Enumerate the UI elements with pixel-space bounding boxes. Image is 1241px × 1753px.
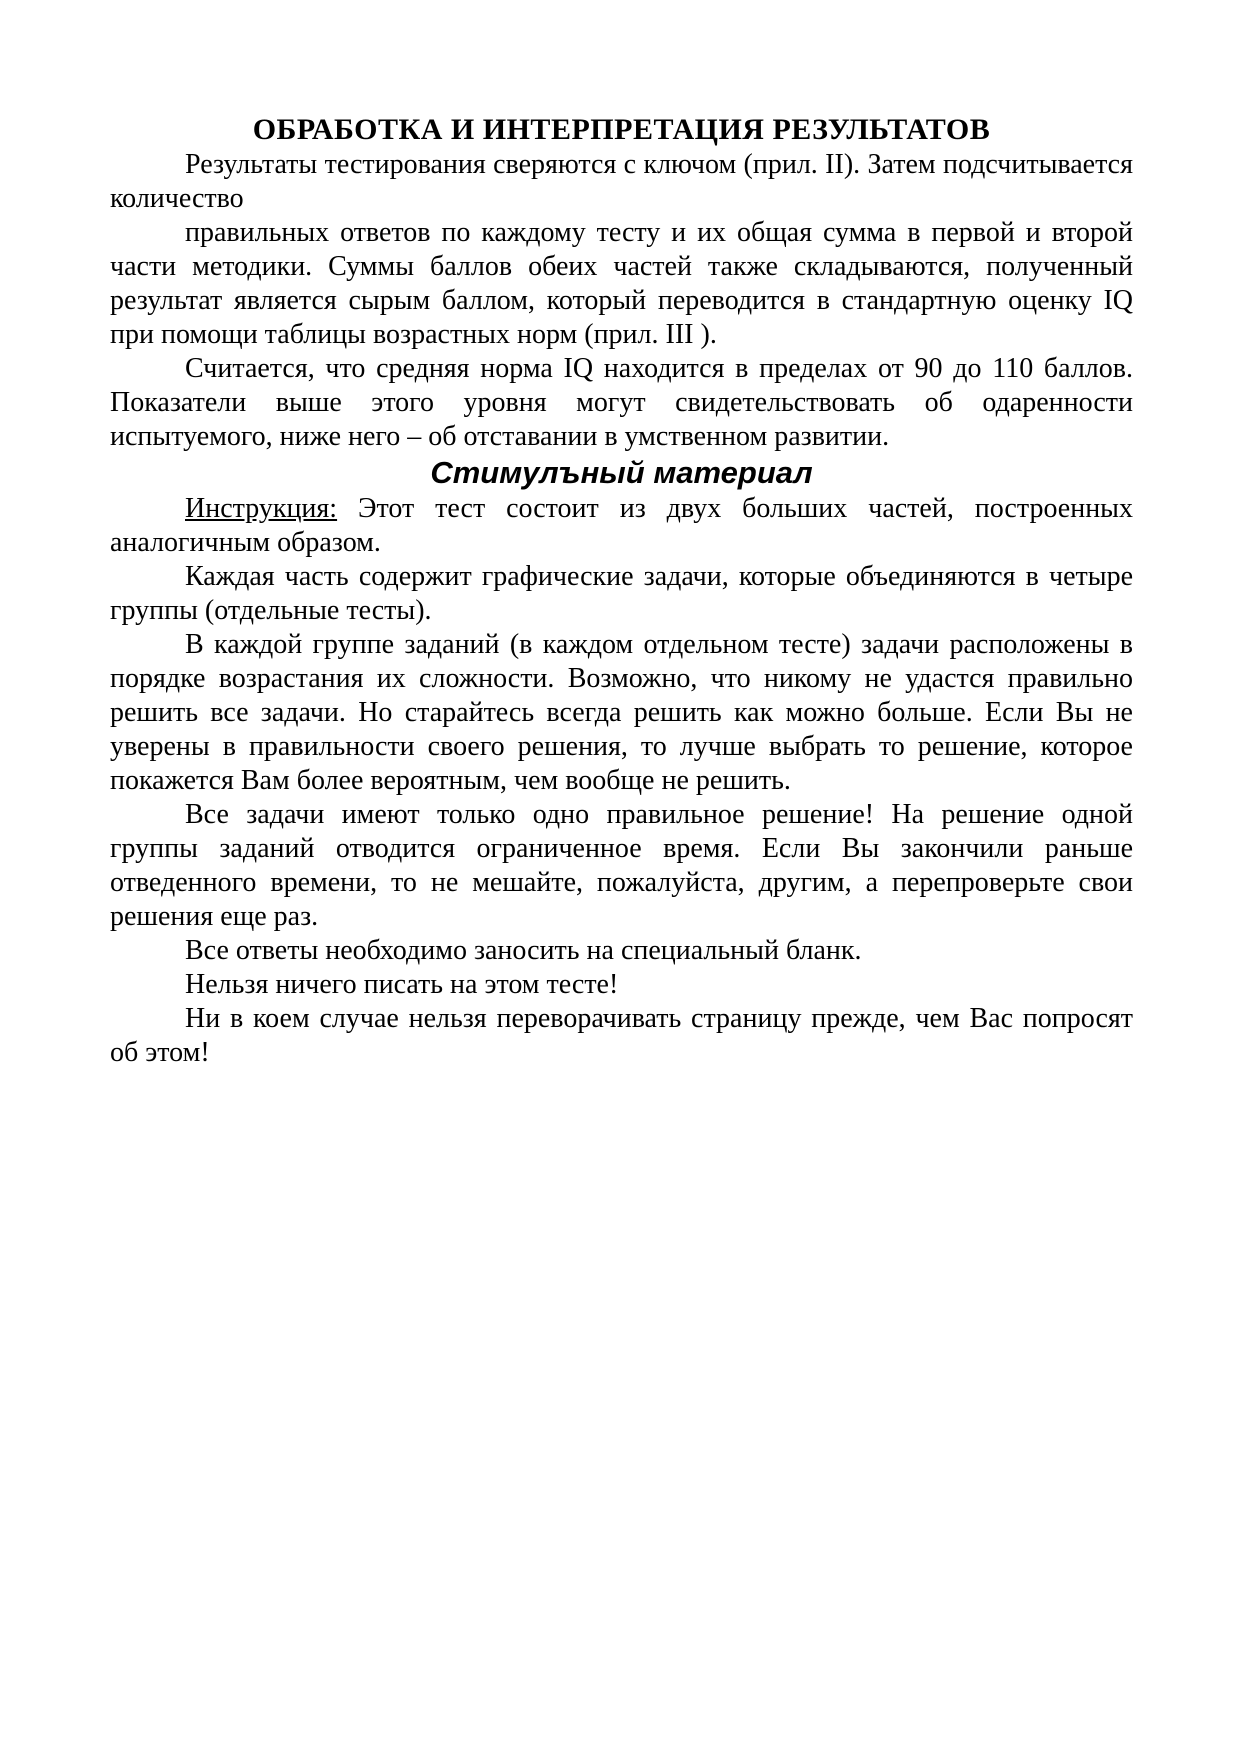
section-heading-stimulus-material: Стимулъный материал — [110, 454, 1133, 492]
body-paragraph-6: Ни в коем случае нельзя переворачивать с… — [110, 1002, 1133, 1070]
body-paragraph-2: В каждой группе заданий (в каждом отдель… — [110, 628, 1133, 798]
instruction-paragraph: Инструкция: Этот тест состоит из двух бо… — [110, 492, 1133, 560]
text-block: ОБРАБОТКА И ИНТЕРПРЕТАЦИЯ РЕЗУЛЬТАТОВ Ре… — [110, 112, 1133, 1070]
body-paragraph-1: Каждая часть содержит графические задачи… — [110, 560, 1133, 628]
page-title: ОБРАБОТКА И ИНТЕРПРЕТАЦИЯ РЕЗУЛЬТАТОВ — [110, 112, 1133, 148]
instruction-label: Инструкция: — [185, 493, 337, 524]
body-paragraph-5: Нельзя ничего писать на этом тесте! — [110, 968, 1133, 1002]
intro-paragraph-3: Считается, что средняя норма IQ находитс… — [110, 352, 1133, 454]
intro-paragraph-1: Результаты тестирования сверяются с ключ… — [110, 148, 1133, 216]
body-paragraph-4: Все ответы необходимо заносить на специа… — [110, 934, 1133, 968]
document-page: ОБРАБОТКА И ИНТЕРПРЕТАЦИЯ РЕЗУЛЬТАТОВ Ре… — [0, 0, 1241, 1753]
body-paragraph-3: Все задачи имеют только одно правильное … — [110, 798, 1133, 934]
intro-paragraph-2: правильных ответов по каждому тесту и их… — [110, 216, 1133, 352]
